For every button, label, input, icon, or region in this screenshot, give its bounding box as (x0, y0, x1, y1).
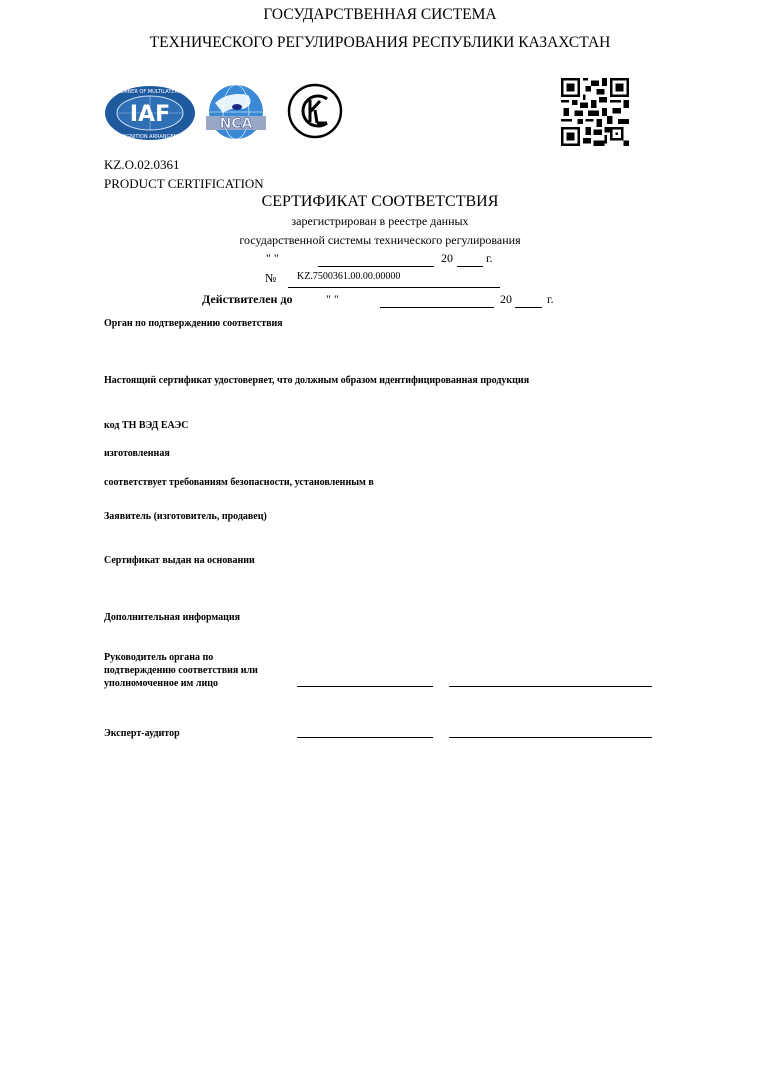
certificate-number-field[interactable] (288, 287, 500, 288)
head-label-line-2: подтверждению соответствия или (104, 665, 258, 676)
complies-text: соответствует требованиям безопасности, … (104, 477, 374, 488)
qr-code-icon[interactable] (561, 78, 629, 146)
applicant-label: Заявитель (изготовитель, продавец) (104, 511, 267, 522)
svg-text:NCA: NCA (220, 116, 253, 132)
registered-text-1: зарегистрирован в реестре данных (0, 214, 760, 229)
additional-info-label: Дополнительная информация (104, 612, 240, 623)
kz-conformity-logo-icon (287, 83, 343, 139)
accreditation-code: KZ.O.02.0361 (104, 157, 179, 173)
expert-auditor-label: Эксперт-аудитор (104, 728, 180, 739)
valid-until-year-prefix: 20 (500, 292, 512, 307)
certifies-text: Настоящий сертификат удостоверяет, что д… (104, 375, 529, 386)
valid-until-day[interactable]: " " (326, 292, 339, 307)
iaf-logo-icon: IAF MEMBER OF MULTILATERAL RECOGNITION A… (104, 84, 196, 142)
valid-until-month-field[interactable] (380, 307, 494, 308)
certificate-number: KZ.7500361.00.00.00000 (297, 271, 400, 282)
svg-text:RECOGNITION ARRANGEMENT: RECOGNITION ARRANGEMENT (112, 134, 189, 140)
valid-until-year-field[interactable] (515, 307, 542, 308)
registration-date-month-field[interactable] (318, 266, 434, 267)
number-label: № (265, 271, 276, 286)
head-label-line-1: Руководитель органа по (104, 652, 213, 663)
svg-text:MEMBER OF MULTILATERAL: MEMBER OF MULTILATERAL (116, 89, 184, 95)
nca-logo-icon: NCA (203, 83, 269, 143)
organ-label: Орган по подтверждению соответствия (104, 318, 283, 329)
head-name-field[interactable] (449, 686, 652, 687)
registration-year-suffix: г. (486, 251, 493, 266)
header-line-2: ТЕХНИЧЕСКОГО РЕГУЛИРОВАНИЯ РЕСПУБЛИКИ КА… (0, 34, 760, 52)
registration-date-day[interactable]: " " (266, 251, 279, 266)
svg-text:IAF: IAF (130, 102, 170, 127)
basis-label: Сертификат выдан на основании (104, 555, 255, 566)
registration-year-field[interactable] (457, 266, 483, 267)
registration-year-prefix: 20 (441, 251, 453, 266)
valid-until-year-suffix: г. (547, 292, 554, 307)
manufactured-label: изготовленная (104, 448, 170, 459)
head-signature-field[interactable] (297, 686, 433, 687)
header-line-1: ГОСУДАРСТВЕННАЯ СИСТЕМА (0, 6, 760, 24)
head-label-line-3: уполномоченное им лицо (104, 678, 218, 689)
expert-name-field[interactable] (449, 737, 652, 738)
product-certification-label: PRODUCT CERTIFICATION (104, 176, 264, 192)
registered-text-2: государственной системы технического рег… (0, 233, 760, 248)
expert-signature-field[interactable] (297, 737, 433, 738)
valid-until-label: Действителен до (202, 292, 293, 307)
tn-ved-label: код ТН ВЭД ЕАЭС (104, 420, 189, 431)
certificate-title: СЕРТИФИКАТ СООТВЕТСТВИЯ (0, 193, 760, 211)
